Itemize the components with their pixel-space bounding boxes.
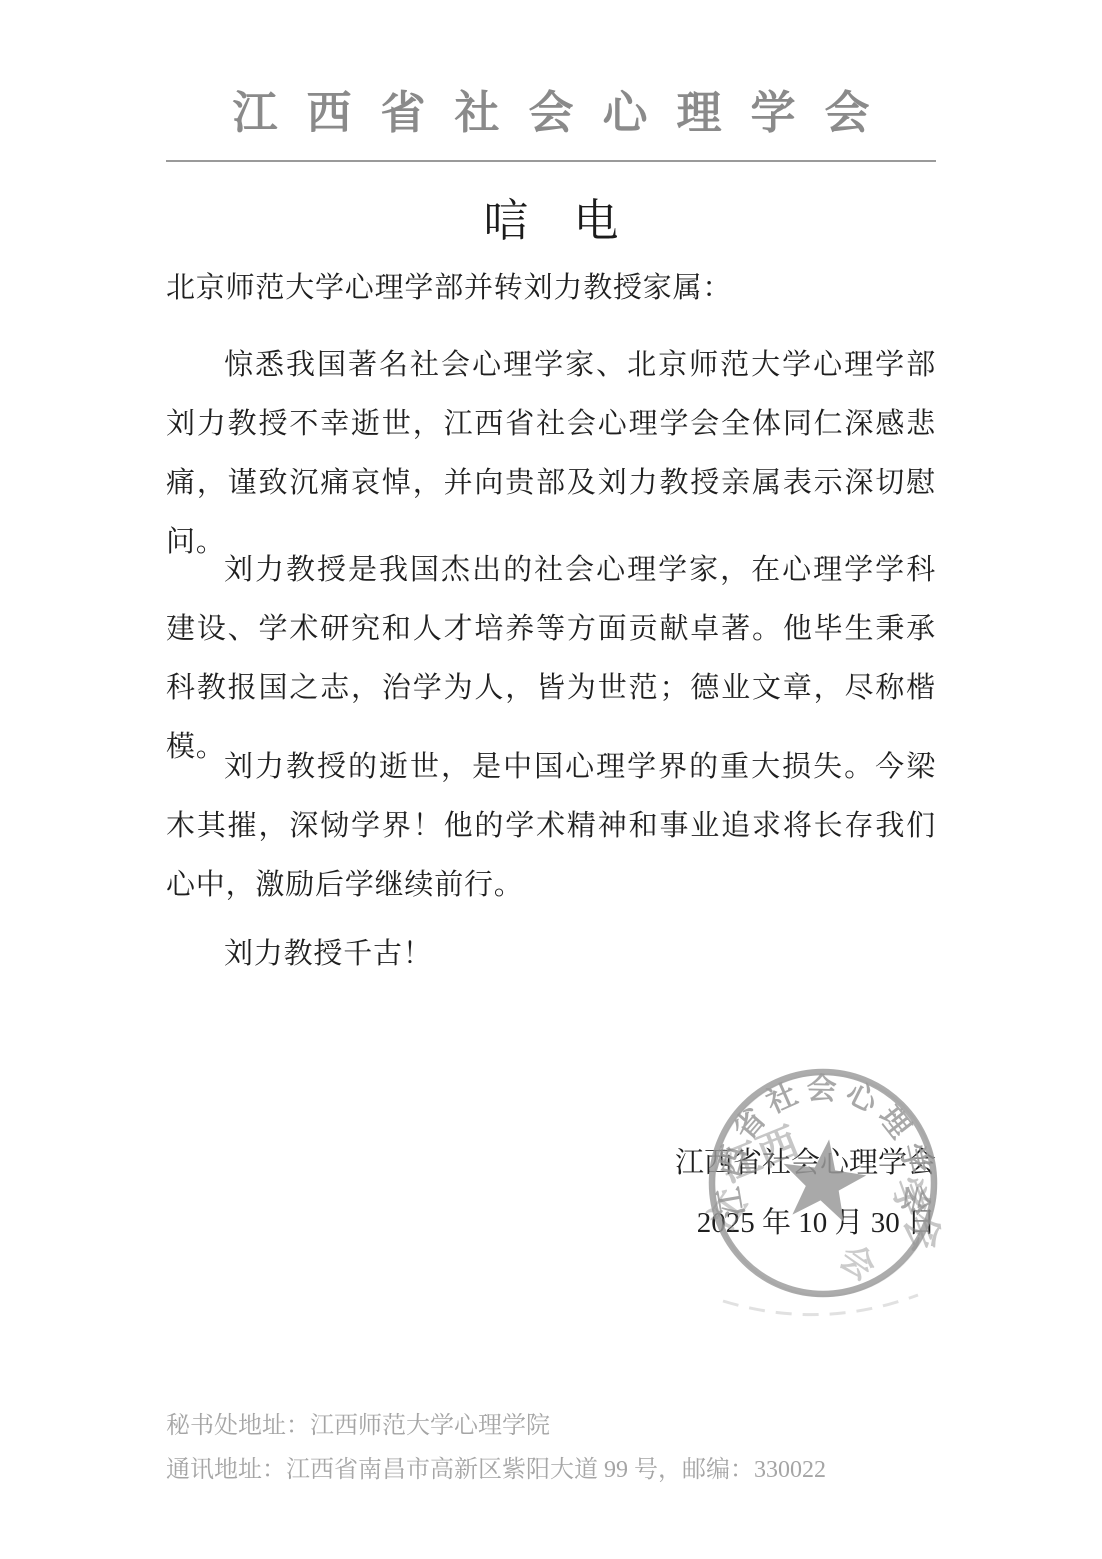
footer-mailing-address: 通讯地址：江西省南昌市高新区紫阳大道 99 号，邮编：330022 — [166, 1448, 966, 1492]
paragraph-condolence: 惊悉我国著名社会心理学家、北京师范大学心理学部刘力教授不幸逝世，江西省社会心理学… — [166, 336, 936, 572]
condolence-letter-page: 江西省社会心理学会 唁 电 北京师范大学心理学部并转刘力教授家属： 惊悉我国著名… — [0, 0, 1102, 1559]
footer-secretariat-address: 秘书处地址：江西师范大学心理学院 — [166, 1404, 966, 1448]
tribute-line: 刘力教授千古！ — [166, 925, 936, 984]
document-title: 唁 电 — [0, 184, 1102, 249]
official-seal-stamp: 江西省社会心理学会 江西 学会 江 会 — [703, 1063, 947, 1325]
footer-contact-block: 秘书处地址：江西师范大学心理学院 通讯地址：江西省南昌市高新区紫阳大道 99 号… — [166, 1404, 966, 1492]
salutation: 北京师范大学心理学部并转刘力教授家属： — [166, 259, 936, 318]
paragraph-loss: 刘力教授的逝世，是中国心理学界的重大损失。今梁木其摧，深恸学界！他的学术精神和事… — [166, 738, 936, 915]
letterhead-org-name: 江西省社会心理学会 — [0, 76, 1102, 141]
seal-smudge-arc — [723, 1295, 918, 1315]
seal-ghost-text: 学会 — [883, 1172, 947, 1258]
letterhead-divider — [166, 160, 936, 162]
